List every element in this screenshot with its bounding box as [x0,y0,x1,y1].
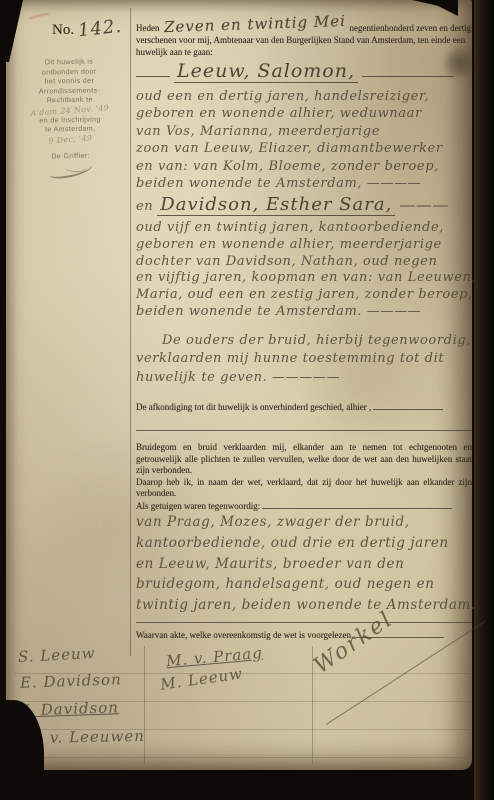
act-number-value: 142. [77,16,123,41]
vows-paragraph-2: Daarop heb ik, in naam der wet, verklaar… [136,477,472,500]
intro-paragraph: HedenZeven en twintig Meinegentienhonder… [136,20,472,58]
intro-year: negentienhonderd zeven en dertig [349,23,471,33]
bride-detail-line: oud vijf en twintig jaren, kantoorbedien… [136,220,472,237]
groom-detail-line: en van: van Kolm, Bloeme, zonder beroep, [136,158,472,175]
book-binding-edge [474,0,494,800]
signature-witness-1: M. v. Praag [165,644,263,670]
groom-detail-line: oud een en dertig jaren, handelsreiziger… [136,88,472,105]
certificate-page: No. 142. Dit huwelijk is ontbonden door … [6,0,472,770]
witnesses-paragraph: van Praag, Mozes, zwager der bruid, kant… [136,512,472,616]
groom-name-line: Leeuw, Salomon, [136,60,472,82]
witness-line: bruidegom, handelsagent, oud negen en [136,574,472,595]
act-number: No. 142. [52,18,122,39]
consent-line: De ouders der bruid, hierbij tegenwoordi… [136,332,472,350]
stamp-clerk-label: De Griffier: [19,151,123,162]
consent-line: verklaarden mij hunne toestemming tot di… [136,350,472,368]
scanned-marriage-certificate: No. 142. Dit huwelijk is ontbonden door … [0,0,494,800]
red-pencil-mark [27,6,49,20]
closing-text: Waarvan akte, welke overeenkomstig de we… [136,630,353,640]
groom-name: Leeuw, Salomon, [174,60,358,83]
witnesses-label-line: Als getuigen waren tegenwoordig: [136,501,472,513]
page-corner-shadow [6,0,23,62]
signature-groom: S. Leeuw [18,644,96,666]
bride-detail-line: dochter van Davidson, Nathan, oud negen [136,254,472,271]
handwritten-date: Zeven en twintig Mei [163,15,345,33]
intro-line2: verschenen voor mij, Ambtenaar van den B… [136,35,451,45]
vows-section: Bruidegom en bruid verklaarden mij, elka… [136,442,472,513]
groom-detail-line: beiden wonende te Amsterdam, ———— [136,175,472,192]
fill-line [262,502,452,509]
horizontal-rule [136,622,472,623]
bride-prefix: en [136,199,153,214]
pen-stroke [362,73,454,77]
groom-details: oud een en dertig jaren, handelsreiziger… [136,88,472,192]
closing-line: Waarvan akte, welke overeenkomstig de we… [136,630,472,640]
bride-name-line: en Davidson, Esther Sara, ——— [136,194,472,215]
fill-line [373,403,443,410]
groom-detail-line: zoon van Leeuw, Eliazer, diamantbewerker [136,140,472,157]
witness-line: kantoorbediende, oud drie en dertig jare… [136,533,472,554]
act-number-label: No. [52,22,74,38]
groom-detail-line: van Vos, Marianna, meerderjarige [136,123,472,140]
bride-details: oud vijf en twintig jaren, kantoorbedien… [136,220,472,321]
witnesses-label: Als getuigen waren tegenwoordig: [136,501,260,511]
bride-detail-line: beiden wonende te Amsterdam. ———— [136,304,472,321]
margin-separator-line [130,8,131,656]
announcement-text: De afkondiging tot dit huwelijk is onver… [136,402,371,412]
intro-heden: Heden [136,23,160,33]
bride-detail-line: geboren en wonende alhier, meerderjarige [136,237,472,254]
divorce-stamp: Dit huwelijk is ontbonden door het vonni… [17,57,123,178]
pen-stroke [136,73,170,77]
witness-line: en Leeuw, Maurits, broeder van den [136,554,472,575]
bride-detail-line: Maria, oud een en zestig jaren, zonder b… [136,287,472,304]
consent-paragraph: De ouders der bruid, hierbij tegenwoordi… [136,332,472,387]
witness-line: twintig jaren, beiden wonende te Amsterd… [136,595,472,616]
witness-line: van Praag, Mozes, zwager der bruid, [136,512,472,533]
bride-detail-line: en vijftig jaren, koopman en van: van Le… [136,270,472,287]
consent-line: huwelijk te geven. ————— [136,369,472,387]
bride-name: Davidson, Esther Sara, [157,194,395,216]
pen-dash: ——— [399,195,449,214]
griffier-signature [48,159,94,180]
vows-paragraph-1: Bruidegom en bruid verklaarden mij, elka… [136,442,472,477]
horizontal-rule [136,430,472,431]
signature-area: S. Leeuw E. Davidson N. Davidson M. v. L… [14,646,470,764]
signature-column-divider [144,646,145,764]
signature-bride: E. Davidson [20,670,122,692]
groom-detail-line: geboren en wonende alhier, weduwnaar [136,105,472,122]
announcement-line: De afkondiging tot dit huwelijk is onver… [136,402,472,412]
